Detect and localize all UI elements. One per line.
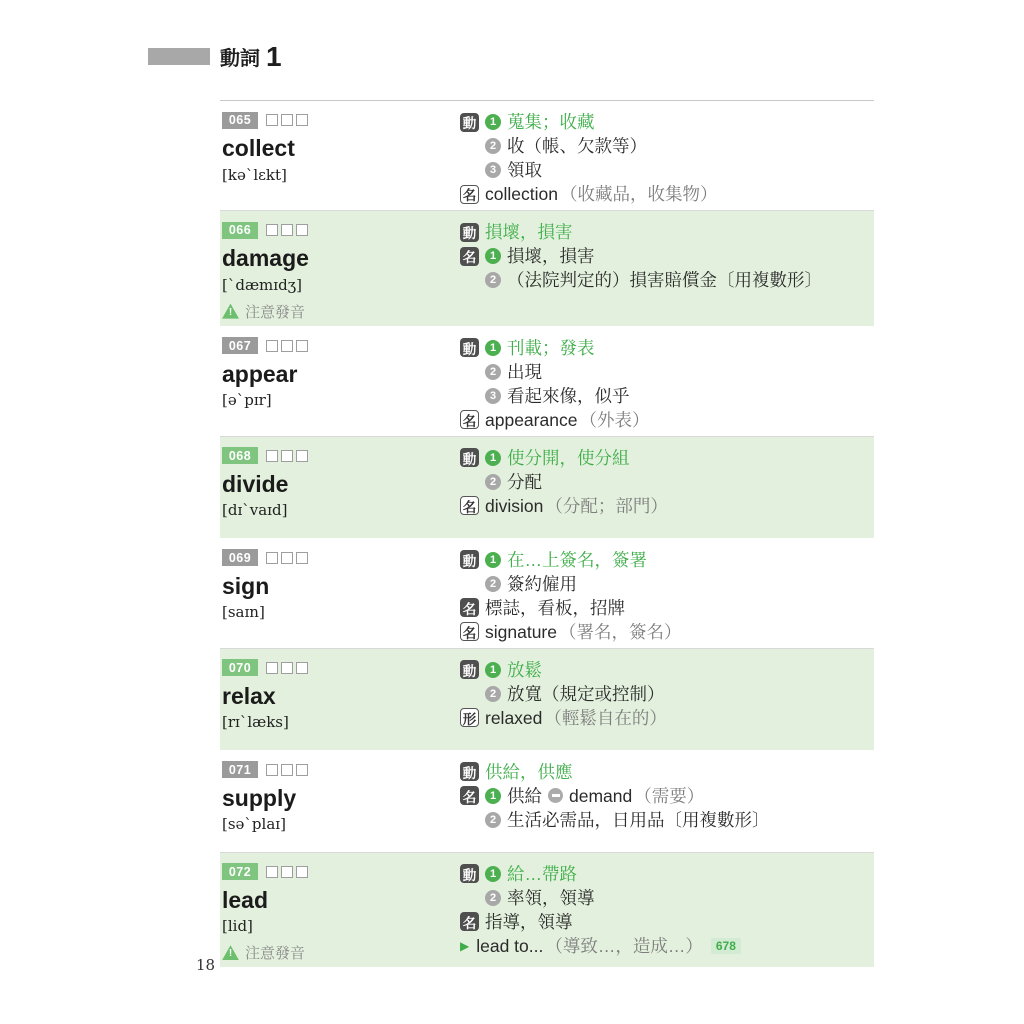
pos-icon-verb: 動 [460,762,479,781]
definition-text: （署名，簽名） [559,620,682,644]
review-checkbox[interactable] [296,662,308,674]
pos-icon-noun: 名 [460,598,479,617]
vocab-entry-relax: 070relax[rɪˋlæks]動1放鬆2放寬（規定或控制）形relaxed（… [220,649,874,751]
headword: appear [222,361,460,389]
review-checkbox[interactable] [281,552,293,564]
exclamation-mark: ! [229,947,232,960]
definition-line: 名1供給demand（需要） [460,784,874,808]
definition-line: 動損壞，損害 [460,220,874,244]
review-checkbox[interactable] [296,450,308,462]
definition-word: lead to... [476,934,543,958]
definition-line: 名標誌，看板，招牌 [460,596,874,620]
entry-definitions: 動1蒐集；收藏2收（帳、欠款等）3領取名collection（收藏品，收集物） [460,109,874,206]
definition-text: 標誌，看板，招牌 [485,596,625,620]
review-checkboxes [266,764,308,776]
pos-icon-adjective: 形 [460,708,479,727]
vocab-entry-sign: 069sign[saɪn]動1在…上簽名，簽署2簽約僱用名標誌，看板，招牌名si… [220,539,874,649]
vocab-entry-supply: 071supply[səˋplaɪ]動供給，供應名1供給demand（需要）2生… [220,751,874,853]
phrase-arrow-icon: ▶ [460,934,469,958]
pos-icon-verb: 動 [460,223,479,242]
pos-icon-noun: 名 [460,410,479,429]
entry-number-badge: 065 [222,112,258,129]
sense-number: 2 [485,686,501,702]
definition-text: 生活必需品，日用品〔用複數形〕 [507,808,770,832]
vocab-entry-damage: 066damage[ˋdæmɪdʒ]!注意發音動損壞，損害名1損壞，損害2（法院… [220,211,874,327]
definition-line: 2（法院判定的）損害賠償金〔用複數形〕 [460,268,874,292]
pronunciation: [ˋdæmɪdʒ] [222,276,460,294]
exclamation-mark: ! [229,306,232,319]
review-checkbox[interactable] [281,866,293,878]
pronunciation: [səˋplaɪ] [222,815,460,833]
pos-icon-noun: 名 [460,247,479,266]
entry-definitions: 動1給…帶路2率領，領導名指導，領導▶lead to...（導致…，造成…）67… [460,861,874,964]
definition-line: 2生活必需品，日用品〔用複數形〕 [460,808,874,832]
entry-number-badge: 066 [222,222,258,239]
vocab-entry-divide: 068divide[dɪˋvaɪd]動1使分開，使分組2分配名division（… [220,437,874,539]
headword: collect [222,135,460,163]
section-header: 動詞 1 [148,42,282,71]
definition-text: 率領，領導 [507,886,595,910]
definition-text: （需要） [634,784,704,808]
entry-definitions: 動供給，供應名1供給demand（需要）2生活必需品，日用品〔用複數形〕 [460,759,874,848]
sense-number: 3 [485,388,501,404]
antonym-minus-circle-icon [548,788,563,803]
pronunciation-warning: !注意發音 [222,301,460,322]
entry-definitions: 動1放鬆2放寬（規定或控制）形relaxed（輕鬆自在的） [460,657,874,746]
sense-number: 1 [485,248,501,264]
definition-text: （收藏品，收集物） [560,182,718,206]
headword: supply [222,785,460,813]
definition-line: 2簽約僱用 [460,572,874,596]
entry-number-badge: 069 [222,549,258,566]
definition-text: 蒐集；收藏 [507,110,595,134]
review-checkbox[interactable] [266,114,278,126]
definition-line: 3看起來像，似乎 [460,384,874,408]
definition-line: 動1使分開，使分組 [460,446,874,470]
entry-left-column: 068divide[dɪˋvaɪd] [220,445,460,534]
pos-icon-noun: 名 [460,622,479,641]
review-checkboxes [266,866,308,878]
definition-line: 名1損壞，損害 [460,244,874,268]
entry-badge-row: 070 [222,659,460,677]
pronunciation: [dɪˋvaɪd] [222,501,460,519]
pos-icon-verb: 動 [460,113,479,132]
definition-line: 動1在…上簽名，簽署 [460,548,874,572]
review-checkbox[interactable] [296,866,308,878]
definition-line: 形relaxed（輕鬆自在的） [460,706,874,730]
definition-text: （法院判定的）損害賠償金〔用複數形〕 [507,268,822,292]
definition-word: demand [569,784,632,808]
definition-line: 動1蒐集；收藏 [460,110,874,134]
entry-definitions: 動1刊載；發表2出現3看起來像，似乎名appearance（外表） [460,335,874,432]
pronunciation: [saɪn] [222,603,460,621]
warning-label: 注意發音 [245,301,305,322]
pronunciation: [kəˋlɛkt] [222,166,460,184]
entry-left-column: 071supply[səˋplaɪ] [220,759,460,848]
minus-bar [552,794,560,797]
entry-badge-row: 067 [222,337,460,355]
definition-text: 指導，領導 [485,910,573,934]
sense-number: 1 [485,788,501,804]
definition-word: collection [485,182,558,206]
review-checkbox[interactable] [266,450,278,462]
warning-triangle-icon: ! [222,304,239,319]
entry-definitions: 動損壞，損害名1損壞，損害2（法院判定的）損害賠償金〔用複數形〕 [460,219,874,322]
review-checkboxes [266,224,308,236]
definition-text: 損壞，損害 [485,220,573,244]
entry-definitions: 動1使分開，使分組2分配名division（分配；部門） [460,445,874,534]
review-checkbox[interactable] [281,764,293,776]
definition-text: 給…帶路 [507,862,577,886]
definition-text: 簽約僱用 [507,572,577,596]
entry-badge-row: 066 [222,221,460,239]
review-checkbox[interactable] [266,662,278,674]
entry-list: 065collect[kəˋlɛkt]動1蒐集；收藏2收（帳、欠款等）3領取名c… [220,100,874,968]
pos-icon-noun: 名 [460,786,479,805]
review-checkbox[interactable] [296,552,308,564]
entry-badge-row: 069 [222,549,460,567]
definition-text: 分配 [507,470,542,494]
definition-line: 名division（分配；部門） [460,494,874,518]
pos-icon-noun: 名 [460,912,479,931]
warning-triangle-icon: ! [222,945,239,960]
definition-text: 收（帳、欠款等） [507,134,647,158]
definition-line: 2率領，領導 [460,886,874,910]
review-checkbox[interactable] [281,340,293,352]
definition-text: （輕鬆自在的） [544,706,667,730]
definition-line: 名signature（署名，簽名） [460,620,874,644]
definition-text: 看起來像，似乎 [507,384,630,408]
definition-text: 出現 [507,360,542,384]
entry-left-column: 066damage[ˋdæmɪdʒ]!注意發音 [220,219,460,322]
sense-number: 1 [485,114,501,130]
review-checkbox[interactable] [266,764,278,776]
pos-icon-verb: 動 [460,550,479,569]
review-checkbox[interactable] [266,866,278,878]
pronunciation: [rɪˋlæks] [222,713,460,731]
review-checkbox[interactable] [296,340,308,352]
headword: lead [222,887,460,915]
definition-text: （分配；部門） [545,494,668,518]
definition-word: relaxed [485,706,542,730]
definition-line: 名指導，領導 [460,910,874,934]
review-checkbox[interactable] [266,552,278,564]
headword: relax [222,683,460,711]
pos-icon-noun: 名 [460,185,479,204]
review-checkbox[interactable] [281,662,293,674]
review-checkboxes [266,450,308,462]
definition-text: （外表） [579,408,649,432]
pos-icon-noun: 名 [460,496,479,515]
definition-line: 2分配 [460,470,874,494]
headword: divide [222,471,460,499]
vocab-entry-appear: 067appear[əˋpɪr]動1刊載；發表2出現3看起來像，似乎名appea… [220,327,874,437]
review-checkboxes [266,662,308,674]
definition-word: division [485,494,543,518]
definition-text: （導致…，造成…） [545,934,703,958]
definition-text: 刊載；發表 [507,336,595,360]
sense-number: 1 [485,450,501,466]
sense-number: 1 [485,552,501,568]
review-checkbox[interactable] [281,224,293,236]
page-number: 18 [196,956,215,974]
sense-number: 2 [485,474,501,490]
review-checkbox[interactable] [281,114,293,126]
entry-number-badge: 070 [222,659,258,676]
definition-line: 名collection（收藏品，收集物） [460,182,874,206]
pos-icon-verb: 動 [460,448,479,467]
entry-number-badge: 072 [222,863,258,880]
definition-text: 損壞，損害 [507,244,595,268]
sense-number: 1 [485,340,501,356]
definition-text: 領取 [507,158,542,182]
definition-text: 使分開，使分組 [507,446,630,470]
definition-line: ▶lead to...（導致…，造成…）678 [460,934,874,958]
headword: sign [222,573,460,601]
review-checkbox[interactable] [281,450,293,462]
definition-text: 在…上簽名，簽署 [507,548,647,572]
review-checkbox[interactable] [296,764,308,776]
entry-left-column: 070relax[rɪˋlæks] [220,657,460,746]
definition-line: 動供給，供應 [460,760,874,784]
section-number: 1 [266,43,282,71]
entry-left-column: 065collect[kəˋlɛkt] [220,109,460,206]
review-checkboxes [266,114,308,126]
warning-label: 注意發音 [245,942,305,963]
definition-line: 2放寬（規定或控制） [460,682,874,706]
pos-icon-verb: 動 [460,864,479,883]
definition-text: 放鬆 [507,658,542,682]
entry-left-column: 072lead[lid]!注意發音 [220,861,460,964]
entry-badge-row: 068 [222,447,460,465]
pos-icon-verb: 動 [460,660,479,679]
vocab-entry-lead: 072lead[lid]!注意發音動1給…帶路2率領，領導名指導，領導▶lead… [220,853,874,969]
section-title: 動詞 [220,42,260,71]
entry-number-badge: 071 [222,761,258,778]
sense-number: 2 [485,364,501,380]
definition-line: 2收（帳、欠款等） [460,134,874,158]
sense-number: 1 [485,662,501,678]
review-checkbox[interactable] [266,224,278,236]
sense-number: 1 [485,866,501,882]
entry-left-column: 069sign[saɪn] [220,547,460,644]
review-checkbox[interactable] [296,114,308,126]
entry-definitions: 動1在…上簽名，簽署2簽約僱用名標誌，看板，招牌名signature（署名，簽名… [460,547,874,644]
sense-number: 3 [485,162,501,178]
entry-badge-row: 072 [222,863,460,881]
headword: damage [222,245,460,273]
definition-text: 供給 [507,784,542,808]
definition-line: 動1放鬆 [460,658,874,682]
pronunciation: [əˋpɪr] [222,391,460,409]
definition-text: 放寬（規定或控制） [507,682,665,706]
entry-number-badge: 067 [222,337,258,354]
definition-line: 名appearance（外表） [460,408,874,432]
entry-badge-row: 065 [222,111,460,129]
definition-text: 供給，供應 [485,760,573,784]
definition-line: 3領取 [460,158,874,182]
review-checkbox[interactable] [296,224,308,236]
pronunciation-warning: !注意發音 [222,942,460,963]
sense-number: 2 [485,812,501,828]
definition-word: signature [485,620,557,644]
sense-number: 2 [485,138,501,154]
review-checkboxes [266,552,308,564]
vocab-entry-collect: 065collect[kəˋlɛkt]動1蒐集；收藏2收（帳、欠款等）3領取名c… [220,101,874,211]
sense-number: 2 [485,272,501,288]
review-checkboxes [266,340,308,352]
definition-word: appearance [485,408,577,432]
sense-number: 2 [485,890,501,906]
entry-number-badge: 068 [222,447,258,464]
definition-line: 動1刊載；發表 [460,336,874,360]
entry-left-column: 067appear[əˋpɪr] [220,335,460,432]
section-header-bar [148,48,210,65]
pos-icon-verb: 動 [460,338,479,357]
cross-ref-badge: 678 [711,938,741,954]
pronunciation: [lid] [222,917,460,935]
definition-line: 動1給…帶路 [460,862,874,886]
sense-number: 2 [485,576,501,592]
definition-line: 2出現 [460,360,874,384]
review-checkbox[interactable] [266,340,278,352]
entry-badge-row: 071 [222,761,460,779]
